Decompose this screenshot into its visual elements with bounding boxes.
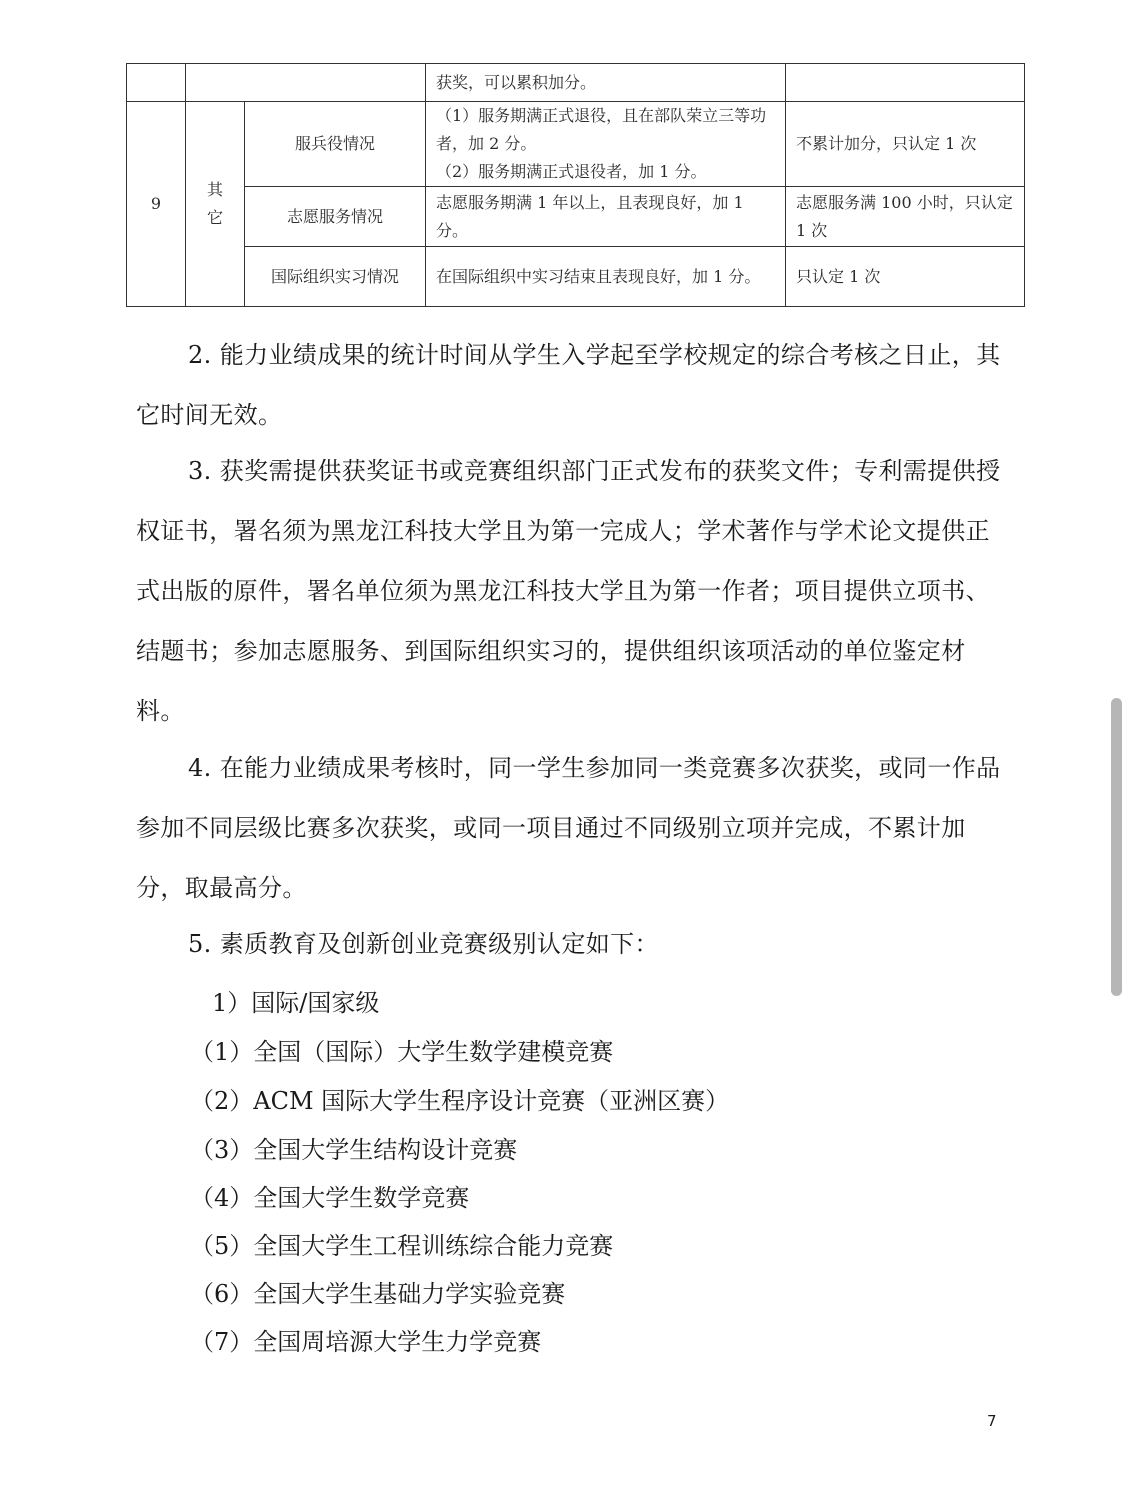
paragraph-2: 2. 能力业绩成果的统计时间从学生入学起至学校规定的综合考核之日止，其它时间无效… <box>136 325 1006 445</box>
table-row: 志愿服务情况 志愿服务期满 1 年以上，且表现良好，加 1 分。 志愿服务满 1… <box>127 187 1025 247</box>
page-number: 7 <box>987 1412 997 1430</box>
list-item: （6）全国大学生基础力学实验竞赛 <box>190 1279 565 1309</box>
paragraph-4: 4. 在能力业绩成果考核时，同一学生参加同一类竞赛多次获奖，或同一作品参加不同层… <box>136 738 1006 918</box>
category-char: 其 <box>196 176 234 204</box>
item-cell: 志愿服务情况 <box>245 187 426 247</box>
rule-cell: （1）服务期满正式退役，且在部队荣立三等功者，加 2 分。 （2）服务期满正式退… <box>426 102 786 187</box>
note-cell: 只认定 1 次 <box>786 247 1025 307</box>
rule-cell: 获奖，可以累积加分。 <box>426 64 786 102</box>
list-item: （3）全国大学生结构设计竞赛 <box>190 1135 517 1165</box>
table-row: 获奖，可以累积加分。 <box>127 64 1025 102</box>
rule-line: （2）服务期满正式退役者，加 1 分。 <box>436 158 775 186</box>
list-item: （5）全国大学生工程训练综合能力竞赛 <box>190 1231 613 1261</box>
table-row: 9 其 它 服兵役情况 （1）服务期满正式退役，且在部队荣立三等功者，加 2 分… <box>127 102 1025 187</box>
criteria-table: 获奖，可以累积加分。 9 其 它 服兵役情况 （1）服务期满正式退役，且在部队荣… <box>126 63 1025 307</box>
item-cell <box>186 64 426 102</box>
rule-cell: 志愿服务期满 1 年以上，且表现良好，加 1 分。 <box>426 187 786 247</box>
row-number-cell <box>127 64 186 102</box>
note-cell: 志愿服务满 100 小时，只认定 1 次 <box>786 187 1025 247</box>
note-cell: 不累计加分，只认定 1 次 <box>786 102 1025 187</box>
list-item: （7）全国周培源大学生力学竞赛 <box>190 1327 541 1357</box>
list-item: （4）全国大学生数学竞赛 <box>190 1183 469 1213</box>
table-row: 国际组织实习情况 在国际组织中实习结束且表现良好，加 1 分。 只认定 1 次 <box>127 247 1025 307</box>
category-cell: 其 它 <box>186 102 245 307</box>
level-heading: 1）国际/国家级 <box>212 988 379 1018</box>
list-item: （2）ACM 国际大学生程序设计竞赛（亚洲区赛） <box>190 1086 729 1116</box>
paragraph-3: 3. 获奖需提供获奖证书或竞赛组织部门正式发布的获奖文件；专利需提供授权证书，署… <box>136 441 1006 741</box>
rule-cell: 在国际组织中实习结束且表现良好，加 1 分。 <box>426 247 786 307</box>
paragraph-5: 5. 素质教育及创新创业竞赛级别认定如下： <box>136 914 1006 974</box>
vertical-scrollbar-thumb[interactable] <box>1111 698 1122 996</box>
item-cell: 国际组织实习情况 <box>245 247 426 307</box>
row-number-cell: 9 <box>127 102 186 307</box>
rule-line: （1）服务期满正式退役，且在部队荣立三等功者，加 2 分。 <box>436 102 775 158</box>
item-cell: 服兵役情况 <box>245 102 426 187</box>
note-cell <box>786 64 1025 102</box>
list-item: （1）全国（国际）大学生数学建模竞赛 <box>190 1037 613 1067</box>
category-char: 它 <box>196 204 234 232</box>
